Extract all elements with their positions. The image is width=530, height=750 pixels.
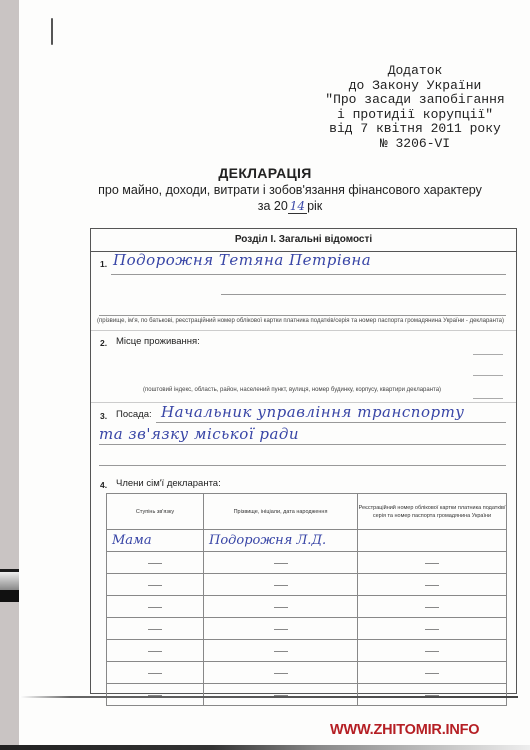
appendix-note: Додаток до Закону України "Про засади за… xyxy=(300,64,530,151)
table-row xyxy=(107,552,507,574)
scan-edge-strip xyxy=(0,0,19,750)
registration-cell xyxy=(358,574,507,596)
appendix-line: № 3206-VI xyxy=(300,137,530,152)
year-prefix: за 20 xyxy=(258,199,288,213)
appendix-line: "Про засади запобігання xyxy=(300,93,530,108)
dash-mark xyxy=(425,673,439,674)
appendix-line: від 7 квітня 2011 року xyxy=(300,122,530,137)
fill-line xyxy=(99,444,506,445)
declaration-title: ДЕКЛАРАЦІЯ xyxy=(0,165,530,181)
table-row xyxy=(107,574,507,596)
registration-cell xyxy=(358,618,507,640)
dash-mark xyxy=(148,673,162,674)
dash-mark xyxy=(148,585,162,586)
name-cell xyxy=(204,662,358,684)
appendix-line: Додаток xyxy=(300,64,530,79)
item-2-number: 2. xyxy=(100,338,107,348)
relation-cell xyxy=(107,684,204,706)
table-row xyxy=(107,684,507,706)
fill-line xyxy=(473,354,503,355)
relation-cell xyxy=(107,618,204,640)
fill-line xyxy=(156,422,506,423)
dash-mark xyxy=(148,629,162,630)
table-row xyxy=(107,618,507,640)
dash-mark xyxy=(425,585,439,586)
year-suffix: рік xyxy=(307,199,322,213)
relation-cell xyxy=(107,552,204,574)
declaration-year: за 2014рік xyxy=(60,199,520,213)
fill-line xyxy=(99,465,506,466)
name-cell: Подорожня Л.Д. xyxy=(204,530,358,552)
position-handwritten-line-1: Начальник управління транспорту xyxy=(161,403,465,421)
year-handwritten: 14 xyxy=(288,199,307,214)
item-4-label: Члени сім'ї декларанта: xyxy=(116,478,221,489)
appendix-line: до Закону України xyxy=(300,79,530,94)
column-header-relation: Ступінь зв'язку xyxy=(107,494,204,530)
dash-mark xyxy=(274,585,288,586)
registration-cell xyxy=(358,640,507,662)
family-members-table: Ступінь зв'язку Прізвище, ініціали, дата… xyxy=(106,493,507,706)
name-cell xyxy=(204,574,358,596)
dash-mark xyxy=(274,629,288,630)
scan-artifact xyxy=(0,590,19,602)
fill-line xyxy=(473,398,503,399)
declaration-subtitle: про майно, доходи, витрати і зобов'язанн… xyxy=(60,183,520,197)
table-row xyxy=(107,662,507,684)
fill-line xyxy=(99,315,506,316)
fill-line xyxy=(221,294,506,295)
column-header-registration: Реєстраційний номер облікової картки пла… xyxy=(358,494,507,530)
pen-mark xyxy=(51,18,53,45)
section-1-box: Розділ І. Загальні відомості 1. Подорожн… xyxy=(90,228,517,694)
item-1-caption: (прізвище, ім'я, по батькові, реєстрацій… xyxy=(97,318,504,324)
dash-mark xyxy=(148,607,162,608)
registration-cell xyxy=(358,530,507,552)
item-2-caption: (поштовий індекс, область, район, населе… xyxy=(143,387,441,393)
registration-cell xyxy=(358,662,507,684)
relation-cell xyxy=(107,574,204,596)
item-2-label: Місце проживання: xyxy=(116,336,200,347)
item-3-number: 3. xyxy=(100,411,107,421)
table-row xyxy=(107,596,507,618)
dash-mark xyxy=(274,673,288,674)
dash-mark xyxy=(274,563,288,564)
scan-shadow-line xyxy=(20,696,518,698)
relation-cell: Мама xyxy=(107,530,204,552)
dash-mark xyxy=(425,563,439,564)
divider xyxy=(91,330,516,331)
scan-artifact xyxy=(0,572,19,590)
fill-line xyxy=(473,375,503,376)
item-3-label: Посада: xyxy=(116,409,152,420)
site-watermark: WWW.ZHITOMIR.INFO xyxy=(330,722,479,738)
item-4-number: 4. xyxy=(100,480,107,490)
dash-mark xyxy=(274,607,288,608)
name-cell xyxy=(204,640,358,662)
registration-cell xyxy=(358,596,507,618)
name-cell xyxy=(204,684,358,706)
column-header-name: Прізвище, ініціали, дата народження xyxy=(204,494,358,530)
registration-cell xyxy=(358,552,507,574)
declarant-name-handwritten: Подорожня Тетяна Петрівна xyxy=(113,251,371,269)
table-row xyxy=(107,640,507,662)
name-cell xyxy=(204,552,358,574)
dash-mark xyxy=(148,651,162,652)
name-cell xyxy=(204,618,358,640)
table-header-row: Ступінь зв'язку Прізвище, ініціали, дата… xyxy=(107,494,507,530)
fill-line xyxy=(111,274,506,275)
dash-mark xyxy=(148,563,162,564)
item-1-number: 1. xyxy=(100,259,107,269)
scan-edge-bottom xyxy=(0,745,530,750)
section-heading: Розділ І. Загальні відомості xyxy=(91,229,516,252)
dash-mark xyxy=(274,651,288,652)
dash-mark xyxy=(425,629,439,630)
table-row: МамаПодорожня Л.Д. xyxy=(107,530,507,552)
position-handwritten-line-2: та зв'язку міської ради xyxy=(99,425,299,443)
dash-mark xyxy=(425,651,439,652)
dash-mark xyxy=(425,607,439,608)
appendix-line: і протидії корупції" xyxy=(300,108,530,123)
name-cell xyxy=(204,596,358,618)
registration-cell xyxy=(358,684,507,706)
relation-cell xyxy=(107,662,204,684)
relation-cell xyxy=(107,596,204,618)
relation-cell xyxy=(107,640,204,662)
